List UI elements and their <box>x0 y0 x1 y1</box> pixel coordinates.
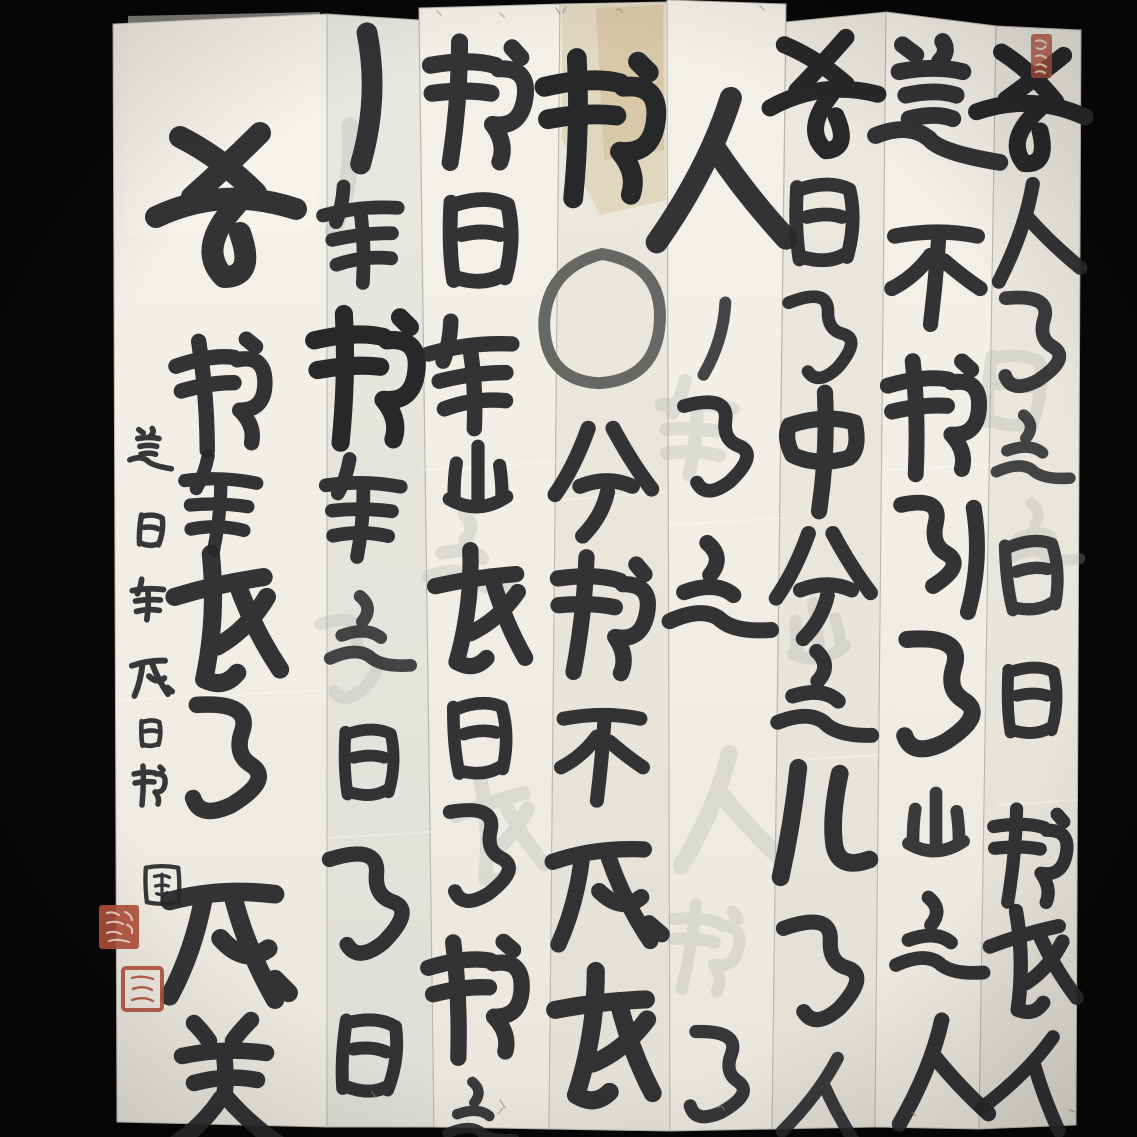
vignette <box>0 0 1137 1137</box>
calligraphy-artwork-photo <box>0 0 1137 1137</box>
photo-stage <box>0 0 1137 1137</box>
